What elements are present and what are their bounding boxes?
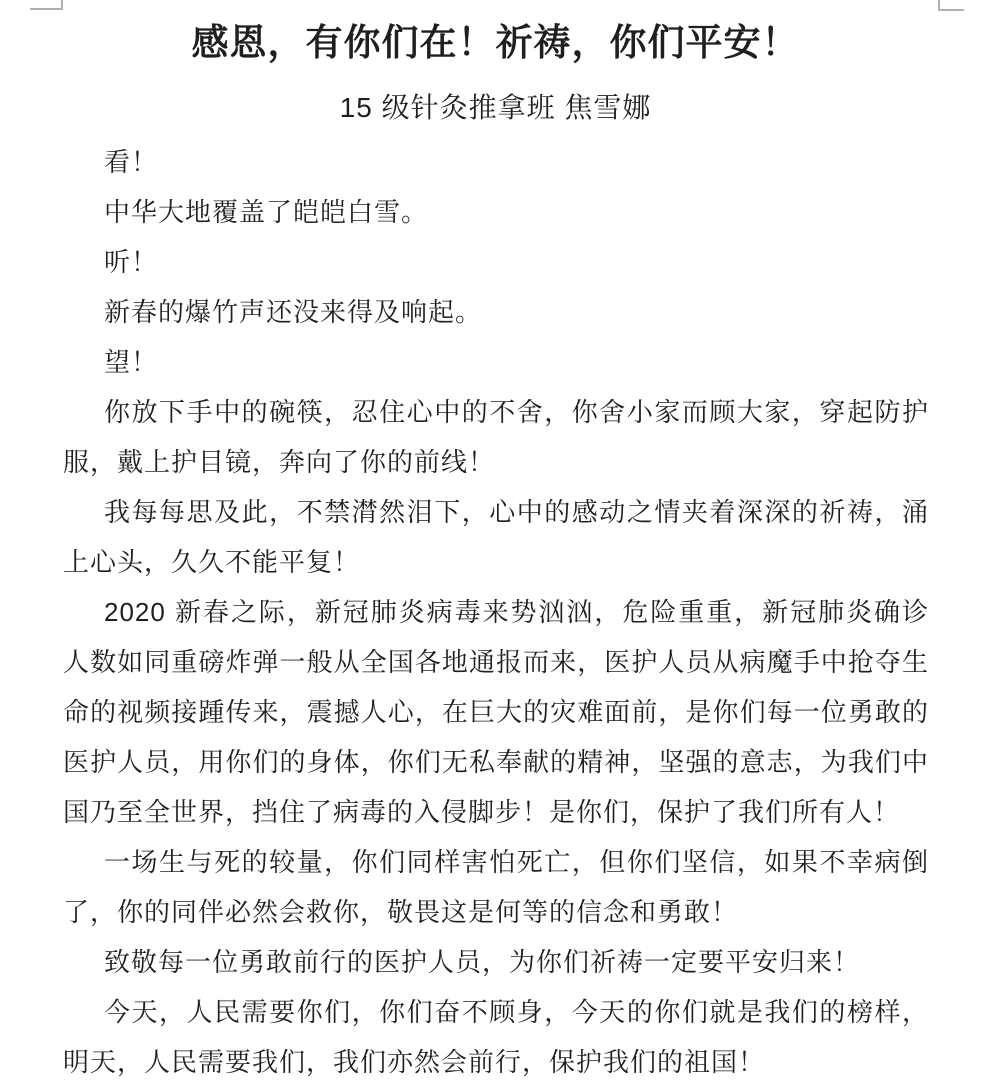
paragraph: 望！ xyxy=(63,337,929,387)
article-byline: 15 级针灸推拿班 焦雪娜 xyxy=(0,83,991,133)
paragraph: 看！ xyxy=(63,137,929,187)
paragraph: 致敬每一位勇敢前行的医护人员，为你们祈祷一定要平安归来！ xyxy=(63,937,929,987)
paragraph: 今天，人民需要你们，你们奋不顾身，今天的你们就是我们的榜样，明天，人民需要我们，… xyxy=(63,987,929,1080)
paragraph: 中华大地覆盖了皑皑白雪。 xyxy=(63,187,929,237)
text-boundary-mark-top-right xyxy=(938,0,964,11)
paragraph: 你放下手中的碗筷，忍住心中的不舍，你舍小家而顾大家，穿起防护服，戴上护目镜，奔向… xyxy=(63,387,929,487)
article-body: 看！ 中华大地覆盖了皑皑白雪。 听！ 新春的爆竹声还没来得及响起。 望！ 你放下… xyxy=(63,137,929,1080)
paragraph: 新春的爆竹声还没来得及响起。 xyxy=(63,287,929,337)
text-boundary-mark-top-left xyxy=(30,0,63,10)
paragraph: 一场生与死的较量，你们同样害怕死亡，但你们坚信，如果不幸病倒了，你的同伴必然会救… xyxy=(63,837,929,937)
paragraph: 我每每思及此，不禁潸然泪下，心中的感动之情夹着深深的祈祷，涌上心头，久久不能平复… xyxy=(63,487,929,587)
article-title: 感恩，有你们在！祈祷，你们平安！ xyxy=(0,0,991,68)
paragraph: 2020 新春之际，新冠肺炎病毒来势汹汹，危险重重，新冠肺炎确诊人数如同重磅炸弹… xyxy=(63,587,929,837)
document-page: 感恩，有你们在！祈祷，你们平安！ 15 级针灸推拿班 焦雪娜 看！ 中华大地覆盖… xyxy=(0,0,991,1080)
paragraph: 听！ xyxy=(63,237,929,287)
